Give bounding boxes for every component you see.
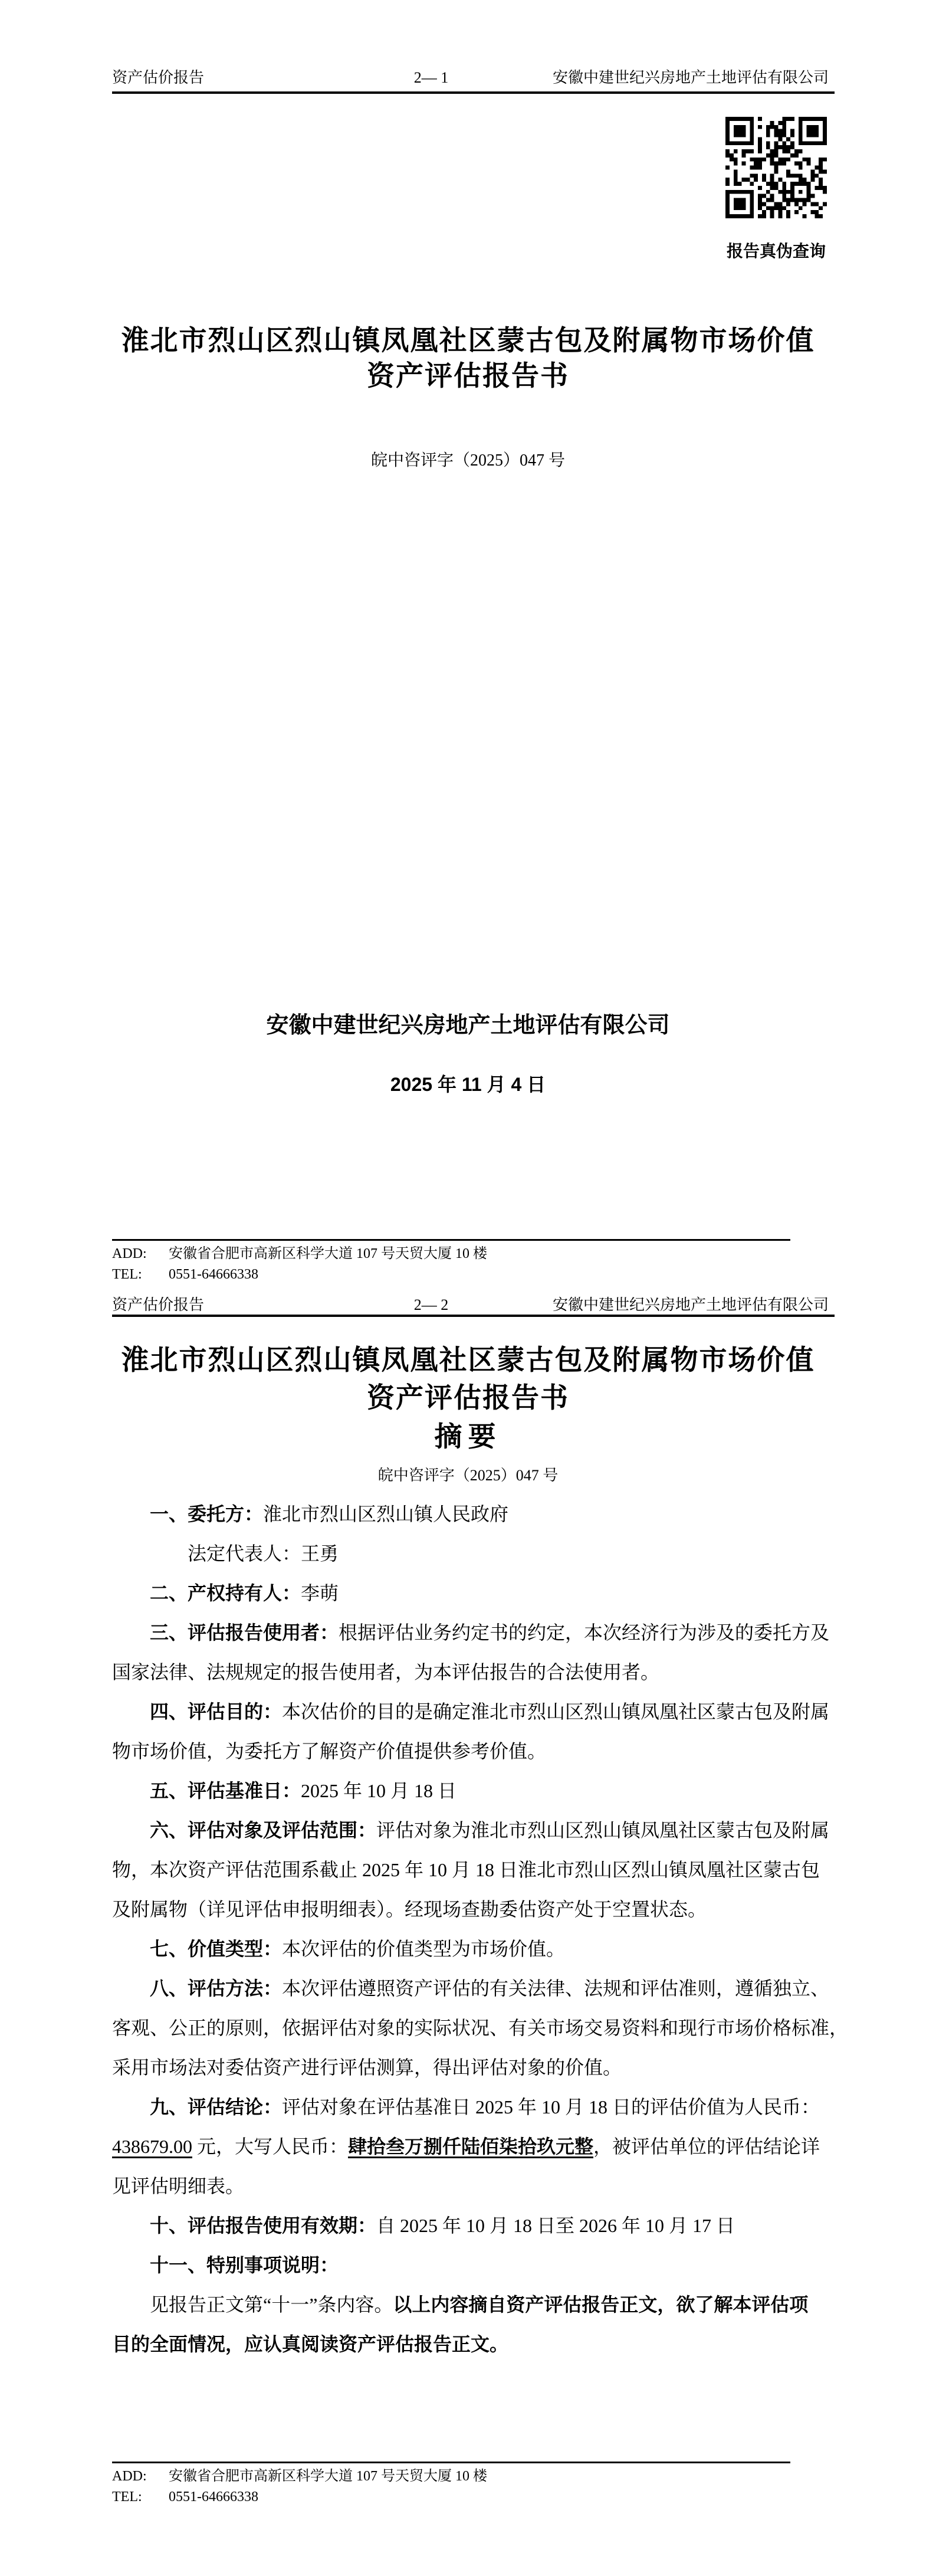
address-label: ADD: [112, 1244, 169, 1264]
summary-line: 七、价值类型：本次评估的价值类型为市场价值。 [112, 1929, 843, 1969]
summary-line: 见评估明细表。 [112, 2167, 843, 2206]
text-run: 见评估明细表。 [112, 2175, 244, 2197]
report-title: 淮北市烈山区烈山镇凤凰社区蒙古包及附属物市场价值 资产评估报告书 [0, 323, 936, 394]
text-run: 元，大写人民币： [192, 2136, 348, 2157]
text-run: 九、评估结论： [150, 2096, 282, 2118]
text-run: 438679.00 [112, 2136, 192, 2157]
text-run: 七、价值类型： [150, 1938, 282, 1959]
text-run: 见报告正文第“十一”条内容。 [150, 2294, 393, 2315]
telephone-value: 0551-64666338 [169, 2489, 258, 2505]
header-rule [112, 1315, 835, 1317]
report-cover-page: 资产估价报告 2— 1 安徽中建世纪兴房地产土地评估有限公司 报告真伪查询 淮北… [0, 0, 936, 1292]
text-run: 本次评估遵照资产评估的有关法律、法规和评估准则，遵循独立、 [282, 1978, 829, 1999]
text-run: 物，本次资产评估范围系截止 2025 年 10 月 18 日淮北市烈山区烈山镇凤… [112, 1859, 820, 1880]
summary-line: 物市场价值，为委托方了解资产价值提供参考价值。 [112, 1732, 843, 1771]
summary-line: 十、评估报告使用有效期：自 2025 年 10 月 18 日至 2026 年 1… [112, 2206, 843, 2246]
summary-line: 客观、公正的原则，依据评估对象的实际状况、有关市场交易资料和现行市场价格标准， [112, 2008, 843, 2048]
summary-line: 438679.00 元，大写人民币：肆拾叁万捌仟陆佰柒拾玖元整，被评估单位的评估… [112, 2127, 843, 2167]
text-run: 十、评估报告使用有效期： [150, 2215, 376, 2236]
text-run: 物市场价值，为委托方了解资产价值提供参考价值。 [112, 1741, 546, 1762]
summary-line: 采用市场法对委估资产进行评估测算，得出评估对象的价值。 [112, 2048, 843, 2087]
qr-block: 报告真伪查询 [714, 117, 839, 262]
text-run: 评估对象在评估基准日 2025 年 10 月 18 日的评估价值为人民币： [282, 2096, 820, 2118]
summary-heading: 摘要 [0, 1418, 936, 1456]
report-title: 淮北市烈山区烈山镇凤凰社区蒙古包及附属物市场价值 资产评估报告书 [0, 1341, 936, 1417]
page-header: 资产估价报告 2— 2 安徽中建世纪兴房地产土地评估有限公司 [112, 1293, 835, 1317]
text-run: 及附属物（详见评估申报明细表）。经现场查勘委估资产处于空置状态。 [112, 1899, 707, 1920]
text-run: 李萌 [301, 1582, 339, 1604]
summary-line: 八、评估方法：本次评估遵照资产评估的有关法律、法规和评估准则，遵循独立、 [112, 1969, 843, 2008]
summary-line: 五、评估基准日：2025 年 10 月 18 日 [112, 1771, 843, 1811]
summary-line: 九、评估结论：评估对象在评估基准日 2025 年 10 月 18 日的评估价值为… [112, 2087, 843, 2127]
issuer-company-name: 安徽中建世纪兴房地产土地评估有限公司 [0, 1011, 936, 1040]
summary-line: 法定代表人：王勇 [112, 1534, 843, 1574]
text-run: 肆拾叁万捌仟陆佰柒拾玖元整 [348, 2136, 593, 2157]
footer-rule [112, 1239, 790, 1241]
header-page-number: 2— 1 [372, 66, 490, 90]
text-run: 二、产权持有人： [150, 1582, 301, 1604]
summary-body: 一、委托方：淮北市烈山区烈山镇人民政府法定代表人：王勇二、产权持有人：李萌三、评… [112, 1495, 843, 2364]
text-run: 以上内容摘自资产评估报告正文，欲了解本评估项 [393, 2294, 808, 2315]
address-value: 安徽省合肥市高新区科学大道 107 号天贸大厦 10 楼 [169, 2469, 487, 2484]
text-run: 自 2025 年 10 月 18 日至 2026 年 10 月 17 日 [376, 2215, 735, 2236]
header-doc-type: 资产估价报告 [112, 1293, 204, 1317]
text-run: 五、评估基准日： [150, 1780, 301, 1801]
telephone-label: TEL: [112, 1264, 169, 1284]
text-run: 本次估价的目的是确定淮北市烈山区烈山镇凤凰社区蒙古包及附属 [282, 1701, 829, 1722]
summary-line: 二、产权持有人：李萌 [112, 1574, 843, 1613]
text-run: 根据评估业务约定书的约定，本次经济行为涉及的委托方及 [339, 1622, 829, 1643]
text-run: 目的全面情况，应认真阅读资产评估报告正文。 [112, 2334, 508, 2355]
telephone-value: 0551-64666338 [169, 1267, 258, 1282]
summary-line: 见报告正文第“十一”条内容。以上内容摘自资产评估报告正文，欲了解本评估项 [112, 2285, 843, 2325]
summary-line: 国家法律、法规规定的报告使用者，为本评估报告的合法使用者。 [112, 1653, 843, 1692]
footer-rule [112, 2462, 790, 2463]
text-run: 客观、公正的原则，依据评估对象的实际状况、有关市场交易资料和现行市场价格标准， [112, 2017, 848, 2038]
summary-line: 四、评估目的：本次估价的目的是确定淮北市烈山区烈山镇凤凰社区蒙古包及附属 [112, 1692, 843, 1732]
text-run: 评估对象为淮北市烈山区烈山镇凤凰社区蒙古包及附属 [376, 1820, 829, 1841]
address-label: ADD: [112, 2466, 169, 2486]
text-run: 六、评估对象及评估范围： [150, 1820, 376, 1841]
text-run: 八、评估方法： [150, 1978, 282, 1999]
summary-line: 一、委托方：淮北市烈山区烈山镇人民政府 [112, 1495, 843, 1534]
text-run: 法定代表人：王勇 [188, 1543, 339, 1564]
text-run: ，被评估单位的评估结论详 [593, 2136, 820, 2157]
header-rule [112, 91, 835, 94]
header-doc-type: 资产估价报告 [112, 66, 204, 90]
report-title-line2: 资产评估报告书 [0, 1379, 936, 1417]
footer-address-line: ADD:安徽省合肥市高新区科学大道 107 号天贸大厦 10 楼 [112, 2466, 487, 2486]
header-page-number: 2— 2 [372, 1293, 490, 1317]
text-run: 国家法律、法规规定的报告使用者，为本评估报告的合法使用者。 [112, 1661, 659, 1683]
report-summary-page: 资产估价报告 2— 2 安徽中建世纪兴房地产土地评估有限公司 淮北市烈山区烈山镇… [0, 1292, 936, 2576]
report-title-line2: 资产评估报告书 [0, 358, 936, 394]
footer-telephone-line: TEL:0551-64666338 [112, 1264, 258, 1284]
summary-line: 六、评估对象及评估范围：评估对象为淮北市烈山区烈山镇凤凰社区蒙古包及附属 [112, 1811, 843, 1850]
valuation-report-document: 资产估价报告 2— 1 安徽中建世纪兴房地产土地评估有限公司 报告真伪查询 淮北… [0, 0, 936, 2576]
text-run: 十一、特别事项说明： [150, 2254, 339, 2276]
report-title-line1: 淮北市烈山区烈山镇凤凰社区蒙古包及附属物市场价值 [0, 323, 936, 358]
report-date: 2025 年 11 月 4 日 [0, 1073, 936, 1096]
text-run: 本次评估的价值类型为市场价值。 [282, 1938, 565, 1959]
summary-line: 三、评估报告使用者：根据评估业务约定书的约定，本次经济行为涉及的委托方及 [112, 1613, 843, 1653]
text-run: 四、评估目的： [150, 1701, 282, 1722]
text-run: 三、评估报告使用者： [150, 1622, 339, 1643]
footer-address-line: ADD:安徽省合肥市高新区科学大道 107 号天贸大厦 10 楼 [112, 1244, 487, 1264]
summary-line: 及附属物（详见评估申报明细表）。经现场查勘委估资产处于空置状态。 [112, 1890, 843, 1929]
text-run: 一、委托方： [150, 1503, 263, 1525]
report-title-line1: 淮北市烈山区烈山镇凤凰社区蒙古包及附属物市场价值 [0, 1341, 936, 1379]
page-header: 资产估价报告 2— 1 安徽中建世纪兴房地产土地评估有限公司 [112, 66, 835, 90]
address-value: 安徽省合肥市高新区科学大道 107 号天贸大厦 10 楼 [169, 1246, 487, 1261]
summary-line: 物，本次资产评估范围系截止 2025 年 10 月 18 日淮北市烈山区烈山镇凤… [112, 1850, 843, 1890]
summary-line: 十一、特别事项说明： [112, 2246, 843, 2285]
header-company-name: 安徽中建世纪兴房地产土地评估有限公司 [553, 66, 829, 90]
text-run: 2025 年 10 月 18 日 [301, 1780, 456, 1801]
document-number: 皖中咨评字（2025）047 号 [0, 1465, 936, 1486]
text-run: 淮北市烈山区烈山镇人民政府 [263, 1503, 508, 1525]
document-number: 皖中咨评字（2025）047 号 [0, 450, 936, 471]
summary-line: 目的全面情况，应认真阅读资产评估报告正文。 [112, 2325, 843, 2364]
header-company-name: 安徽中建世纪兴房地产土地评估有限公司 [553, 1293, 829, 1317]
footer-telephone-line: TEL:0551-64666338 [112, 2487, 258, 2507]
telephone-label: TEL: [112, 2487, 169, 2507]
qr-caption: 报告真伪查询 [714, 238, 839, 262]
text-run: 采用市场法对委估资产进行评估测算，得出评估对象的价值。 [112, 2057, 622, 2078]
qr-code [725, 117, 827, 218]
